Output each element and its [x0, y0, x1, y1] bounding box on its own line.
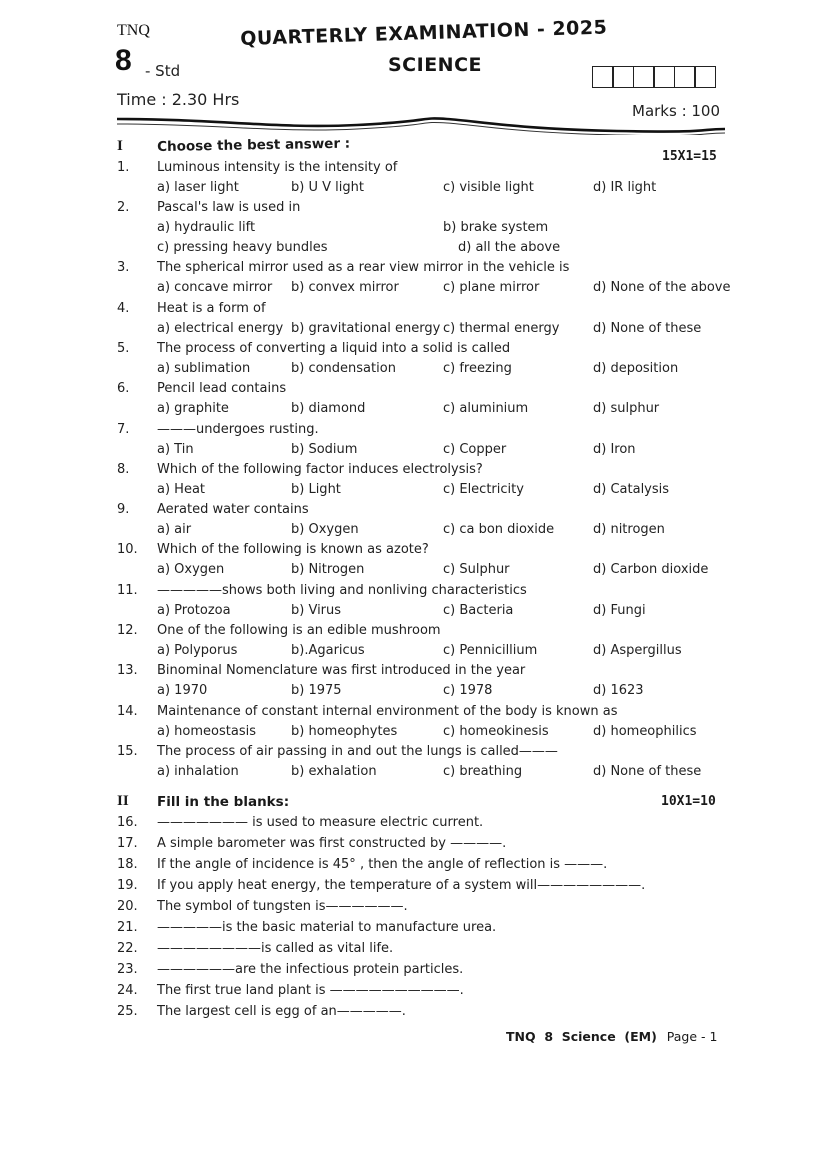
- roll-number-box[interactable]: [612, 66, 634, 88]
- blank-question-text: ——————— is used to measure electric curr…: [157, 815, 483, 830]
- question-number: 20.: [117, 899, 138, 914]
- answer-option: b) diamond: [291, 401, 365, 416]
- question-text: The process of air passing in and out th…: [157, 744, 558, 759]
- answer-option: c) Electricity: [443, 482, 524, 497]
- answer-option: d) Carbon dioxide: [593, 562, 708, 577]
- std-label: - Std: [145, 62, 180, 80]
- answer-option: c) homeokinesis: [443, 724, 549, 739]
- page-footer: TNQ 8 Science (EM) Page - 1: [506, 1029, 717, 1044]
- answer-option: b) gravitational energy: [291, 321, 440, 336]
- answer-option: c) pressing heavy bundles: [157, 240, 328, 255]
- question-text: Heat is a form of: [157, 301, 266, 316]
- page-number: Page - 1: [667, 1029, 718, 1044]
- answer-option: d) all the above: [458, 240, 560, 255]
- question-text: Maintenance of constant internal environ…: [157, 704, 618, 719]
- answer-option: c) ca bon dioxide: [443, 522, 554, 537]
- answer-option: d) sulphur: [593, 401, 659, 416]
- footer-label: TNQ 8 Science (EM): [506, 1029, 657, 1044]
- roll-number-box[interactable]: [694, 66, 716, 88]
- question-number: 3.: [117, 260, 129, 275]
- answer-option: c) freezing: [443, 361, 512, 376]
- section-1-marks: 15X1=15: [662, 149, 717, 164]
- answer-option: a) Protozoa: [157, 603, 231, 618]
- section-2-number: II: [117, 793, 129, 810]
- answer-option: a) laser light: [157, 180, 239, 195]
- question-number: 6.: [117, 381, 129, 396]
- answer-option: d) nitrogen: [593, 522, 665, 537]
- question-number: 7.: [117, 422, 129, 437]
- question-number: 10.: [117, 542, 138, 557]
- question-text: One of the following is an edible mushro…: [157, 623, 441, 638]
- question-number: 19.: [117, 878, 138, 893]
- answer-option: c) breathing: [443, 764, 522, 779]
- blank-question-text: The symbol of tungsten is——————.: [157, 899, 408, 914]
- question-number: 24.: [117, 983, 138, 998]
- answer-option: c) Copper: [443, 442, 506, 457]
- blank-question-text: The first true land plant is ——————————.: [157, 983, 464, 998]
- roll-number-box[interactable]: [674, 66, 696, 88]
- question-number: 21.: [117, 920, 138, 935]
- std-number: 8: [115, 44, 132, 78]
- blank-question-text: The largest cell is egg of an—————.: [157, 1004, 406, 1019]
- answer-option: b) U V light: [291, 180, 364, 195]
- roll-number-box[interactable]: [653, 66, 675, 88]
- question-number: 5.: [117, 341, 129, 356]
- answer-option: b).Agaricus: [291, 643, 365, 658]
- answer-option: d) None of these: [593, 321, 701, 336]
- answer-option: a) hydraulic lift: [157, 220, 255, 235]
- answer-option: a) homeostasis: [157, 724, 256, 739]
- answer-option: b) homeophytes: [291, 724, 397, 739]
- header-divider: [117, 115, 725, 135]
- answer-option: d) Iron: [593, 442, 636, 457]
- exam-duration: Time : 2.30 Hrs: [117, 90, 239, 109]
- answer-option: a) 1970: [157, 683, 207, 698]
- question-number: 1.: [117, 160, 129, 175]
- answer-option: d) None of the above: [593, 280, 731, 295]
- answer-option: d) Fungi: [593, 603, 646, 618]
- blank-question-text: If the angle of incidence is 45° , then …: [157, 857, 607, 872]
- answer-option: c) plane mirror: [443, 280, 539, 295]
- question-number: 22.: [117, 941, 138, 956]
- section-1-title: Choose the best answer :: [157, 136, 350, 155]
- answer-option: d) homeophilics: [593, 724, 697, 739]
- question-number: 13.: [117, 663, 138, 678]
- exam-title: QUARTERLY EXAMINATION - 2025: [240, 16, 608, 50]
- roll-number-boxes[interactable]: [593, 66, 716, 88]
- answer-option: b) Oxygen: [291, 522, 359, 537]
- answer-option: b) condensation: [291, 361, 396, 376]
- question-number: 4.: [117, 301, 129, 316]
- question-number: 8.: [117, 462, 129, 477]
- question-number: 18.: [117, 857, 138, 872]
- question-number: 16.: [117, 815, 138, 830]
- question-number: 11.: [117, 583, 138, 598]
- answer-option: d) 1623: [593, 683, 644, 698]
- roll-number-box[interactable]: [592, 66, 614, 88]
- answer-option: a) air: [157, 522, 191, 537]
- question-text: Which of the following factor induces el…: [157, 462, 483, 477]
- answer-option: a) Polyporus: [157, 643, 237, 658]
- question-text: The spherical mirror used as a rear view…: [157, 260, 569, 275]
- blank-question-text: ——————are the infectious protein particl…: [157, 962, 463, 977]
- roll-number-box[interactable]: [633, 66, 655, 88]
- answer-option: d) Aspergillus: [593, 643, 682, 658]
- question-number: 15.: [117, 744, 138, 759]
- section-2-marks: 10X1=10: [661, 794, 716, 809]
- answer-option: c) Sulphur: [443, 562, 510, 577]
- answer-option: b) 1975: [291, 683, 342, 698]
- answer-option: d) Catalysis: [593, 482, 669, 497]
- question-number: 23.: [117, 962, 138, 977]
- answer-option: a) inhalation: [157, 764, 239, 779]
- answer-option: c) thermal energy: [443, 321, 559, 336]
- answer-option: a) concave mirror: [157, 280, 272, 295]
- blank-question-text: If you apply heat energy, the temperatur…: [157, 878, 645, 893]
- blank-question-text: ————————is called as vital life.: [157, 941, 393, 956]
- question-text: ———undergoes rusting.: [157, 422, 319, 437]
- subject-title: SCIENCE: [388, 54, 482, 76]
- question-number: 25.: [117, 1004, 138, 1019]
- answer-option: b) Virus: [291, 603, 341, 618]
- section-2-title: Fill in the blanks:: [157, 794, 289, 810]
- question-text: Pascal's law is used in: [157, 200, 300, 215]
- section-1-number: I: [117, 138, 123, 155]
- answer-option: c) Pennicillium: [443, 643, 537, 658]
- question-text: Which of the following is known as azote…: [157, 542, 429, 557]
- blank-question-text: A simple barometer was first constructed…: [157, 836, 506, 851]
- answer-option: d) None of these: [593, 764, 701, 779]
- answer-option: c) 1978: [443, 683, 492, 698]
- answer-option: c) aluminium: [443, 401, 528, 416]
- answer-option: a) electrical energy: [157, 321, 283, 336]
- question-number: 17.: [117, 836, 138, 851]
- answer-option: c) Bacteria: [443, 603, 513, 618]
- answer-option: d) IR light: [593, 180, 656, 195]
- answer-option: a) graphite: [157, 401, 229, 416]
- blank-question-text: —————is the basic material to manufactur…: [157, 920, 496, 935]
- question-text: The process of converting a liquid into …: [157, 341, 510, 356]
- question-number: 9.: [117, 502, 129, 517]
- board-label: TNQ: [117, 22, 150, 40]
- answer-option: b) brake system: [443, 220, 548, 235]
- question-text: Pencil lead contains: [157, 381, 286, 396]
- answer-option: a) Oxygen: [157, 562, 224, 577]
- question-text: Aerated water contains: [157, 502, 309, 517]
- answer-option: b) Sodium: [291, 442, 357, 457]
- answer-option: b) convex mirror: [291, 280, 399, 295]
- answer-option: b) Light: [291, 482, 341, 497]
- answer-option: c) visible light: [443, 180, 534, 195]
- answer-option: d) deposition: [593, 361, 678, 376]
- question-text: —————shows both living and nonliving cha…: [157, 583, 527, 598]
- answer-option: b) Nitrogen: [291, 562, 364, 577]
- answer-option: a) Tin: [157, 442, 194, 457]
- answer-option: a) sublimation: [157, 361, 250, 376]
- question-number: 14.: [117, 704, 138, 719]
- answer-option: a) Heat: [157, 482, 205, 497]
- question-number: 2.: [117, 200, 129, 215]
- question-text: Luminous intensity is the intensity of: [157, 160, 397, 175]
- question-number: 12.: [117, 623, 138, 638]
- question-text: Binominal Nomenclature was first introdu…: [157, 663, 525, 678]
- answer-option: b) exhalation: [291, 764, 377, 779]
